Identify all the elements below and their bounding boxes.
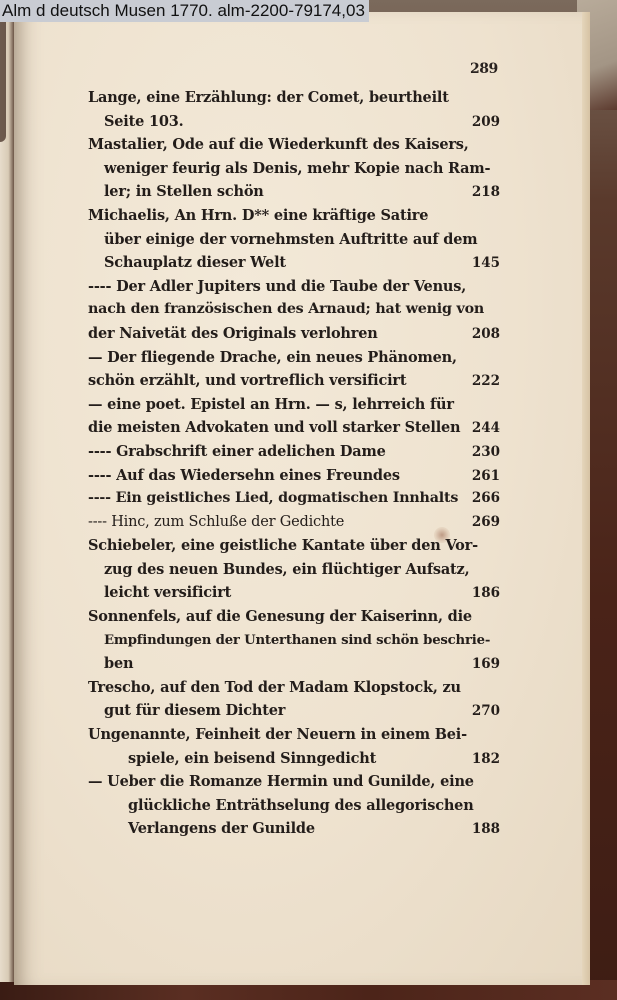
entry-text: — Der fliegende Drache, ein neues Phänom… (88, 346, 457, 370)
index-line: zug des neuen Bundes, ein flüchtiger Auf… (88, 558, 500, 582)
index-line: Ungenannte, Feinheit der Neuern in einem… (88, 723, 500, 747)
index-line: — Ueber die Romanze Hermin und Gunilde, … (88, 770, 500, 794)
entry-text: Ungenannte, Feinheit der Neuern in einem… (88, 723, 467, 747)
entry-text: Trescho, auf den Tod der Madam Klopstock… (88, 676, 461, 700)
index-line: ---- Der Adler Jupiters und die Taube de… (88, 275, 500, 299)
entry-text: Michaelis, An Hrn. D** eine kräftige Sat… (88, 204, 428, 228)
index-line: ---- Grabschrift einer adelichen Dame 23… (88, 440, 500, 464)
index-line: ---- Ein geistliches Lied, dogmatischen … (88, 487, 500, 511)
index-line: spiele, ein beisend Sinngedicht 182 (88, 747, 500, 771)
index-line: — eine poet. Epistel an Hrn. — s, lehrre… (88, 393, 500, 417)
index-line: Michaelis, An Hrn. D** eine kräftige Sat… (88, 204, 500, 228)
entry-text: nach den französischen des Arnaud; hat w… (88, 298, 484, 322)
facing-page-edge (0, 22, 14, 982)
entry-page-ref: 188 (466, 818, 500, 842)
entry-text: glückliche Enträthselung des allegorisch… (128, 794, 474, 818)
entry-text: ---- Ein geistliches Lied, dogmatischen … (88, 487, 458, 511)
entry-page-ref: 208 (466, 323, 500, 347)
entry-text: der Naivetät des Originals verlohren (88, 322, 378, 346)
entry-text: Sonnenfels, auf die Genesung der Kaiseri… (88, 605, 472, 629)
entry-text: Schiebeler, eine geistliche Kantate über… (88, 534, 478, 558)
entry-text: Empfindungen der Unterthanen sind schön … (104, 629, 490, 653)
entry-text: spiele, ein beisend Sinngedicht (128, 747, 376, 771)
entry-page-ref: 186 (466, 582, 500, 606)
entry-page-ref: 244 (466, 417, 500, 441)
index-line: weniger feurig als Denis, mehr Kopie nac… (88, 157, 500, 181)
entry-page-ref: 218 (466, 181, 500, 205)
entry-page-ref: 261 (466, 465, 500, 489)
index-entries: Lange, eine Erzählung: der Comet, beurth… (88, 86, 500, 841)
index-line: ---- Auf das Wiedersehn eines Freundes 2… (88, 464, 500, 488)
entry-page-ref: 182 (466, 748, 500, 772)
entry-page-ref: 145 (466, 252, 500, 276)
index-line: glückliche Enträthselung des allegorisch… (88, 794, 500, 818)
entry-text: ---- Der Adler Jupiters und die Taube de… (88, 275, 466, 299)
entry-page-ref: 209 (466, 111, 500, 135)
index-line: über einige der vornehmsten Auftritte au… (88, 228, 500, 252)
entry-text: ben (104, 652, 133, 676)
page-edge (582, 12, 590, 985)
index-line: Schiebeler, eine geistliche Kantate über… (88, 534, 500, 558)
index-line: Mastalier, Ode auf die Wiederkunft des K… (88, 133, 500, 157)
index-line: Sonnenfels, auf die Genesung der Kaiseri… (88, 605, 500, 629)
entry-text: Schauplatz dieser Welt (104, 251, 286, 275)
entry-text: ---- Auf das Wiedersehn eines Freundes (88, 464, 400, 488)
entry-page-ref: 269 (466, 511, 500, 535)
entry-page-ref: 230 (466, 441, 500, 465)
entry-text: ---- Grabschrift einer adelichen Dame (88, 440, 386, 464)
entry-text: weniger feurig als Denis, mehr Kopie nac… (104, 157, 490, 181)
entry-text: Verlangens der Gunilde (128, 817, 315, 841)
index-line: ---- Hinc, zum Schluße der Gedichte 269 (88, 511, 500, 535)
entry-page-ref: 222 (466, 370, 500, 394)
entry-text: Mastalier, Ode auf die Wiederkunft des K… (88, 133, 469, 157)
index-line: der Naivetät des Originals verlohren 208 (88, 322, 500, 346)
index-line: Verlangens der Gunilde 188 (88, 817, 500, 841)
entry-text: Lange, eine Erzählung: der Comet, beurth… (88, 86, 449, 110)
index-line: schön erzählt, und vortreflich versifici… (88, 369, 500, 393)
index-line: Seite 103. 209 (88, 110, 500, 134)
index-line: Schauplatz dieser Welt 145 (88, 251, 500, 275)
page-number: 289 (470, 61, 498, 77)
entry-text: über einige der vornehmsten Auftritte au… (104, 228, 477, 252)
index-line: leicht versificirt 186 (88, 581, 500, 605)
entry-text: leicht versificirt (104, 581, 231, 605)
index-line: — Der fliegende Drache, ein neues Phänom… (88, 346, 500, 370)
entry-text: Seite 103. (104, 110, 184, 134)
entry-text: zug des neuen Bundes, ein flüchtiger Auf… (104, 558, 469, 582)
entry-text: — eine poet. Epistel an Hrn. — s, lehrre… (88, 393, 454, 417)
entry-page-ref: 169 (466, 653, 500, 677)
scan-title-label: Alm d deutsch Musen 1770. alm-2200-79174… (0, 0, 369, 22)
index-line: Empfindungen der Unterthanen sind schön … (88, 629, 500, 653)
index-line: Lange, eine Erzählung: der Comet, beurth… (88, 86, 500, 110)
entry-page-ref: 266 (466, 487, 500, 511)
index-line: ler; in Stellen schön 218 (88, 180, 500, 204)
entry-text: die meisten Advokaten und voll starker S… (88, 416, 460, 440)
index-line: gut für diesem Dichter 270 (88, 699, 500, 723)
entry-text: ler; in Stellen schön (104, 180, 264, 204)
entry-page-ref: 270 (466, 700, 500, 724)
index-line: die meisten Advokaten und voll starker S… (88, 416, 500, 440)
index-line: ben 169 (88, 652, 500, 676)
entry-text: ---- Hinc, zum Schluße der Gedichte (88, 511, 344, 535)
facing-page-shadow (0, 22, 6, 142)
entry-text: gut für diesem Dichter (104, 699, 285, 723)
index-line: Trescho, auf den Tod der Madam Klopstock… (88, 676, 500, 700)
index-line: nach den französischen des Arnaud; hat w… (88, 298, 500, 322)
entry-text: schön erzählt, und vortreflich versifici… (88, 369, 406, 393)
entry-text: — Ueber die Romanze Hermin und Gunilde, … (88, 770, 474, 794)
